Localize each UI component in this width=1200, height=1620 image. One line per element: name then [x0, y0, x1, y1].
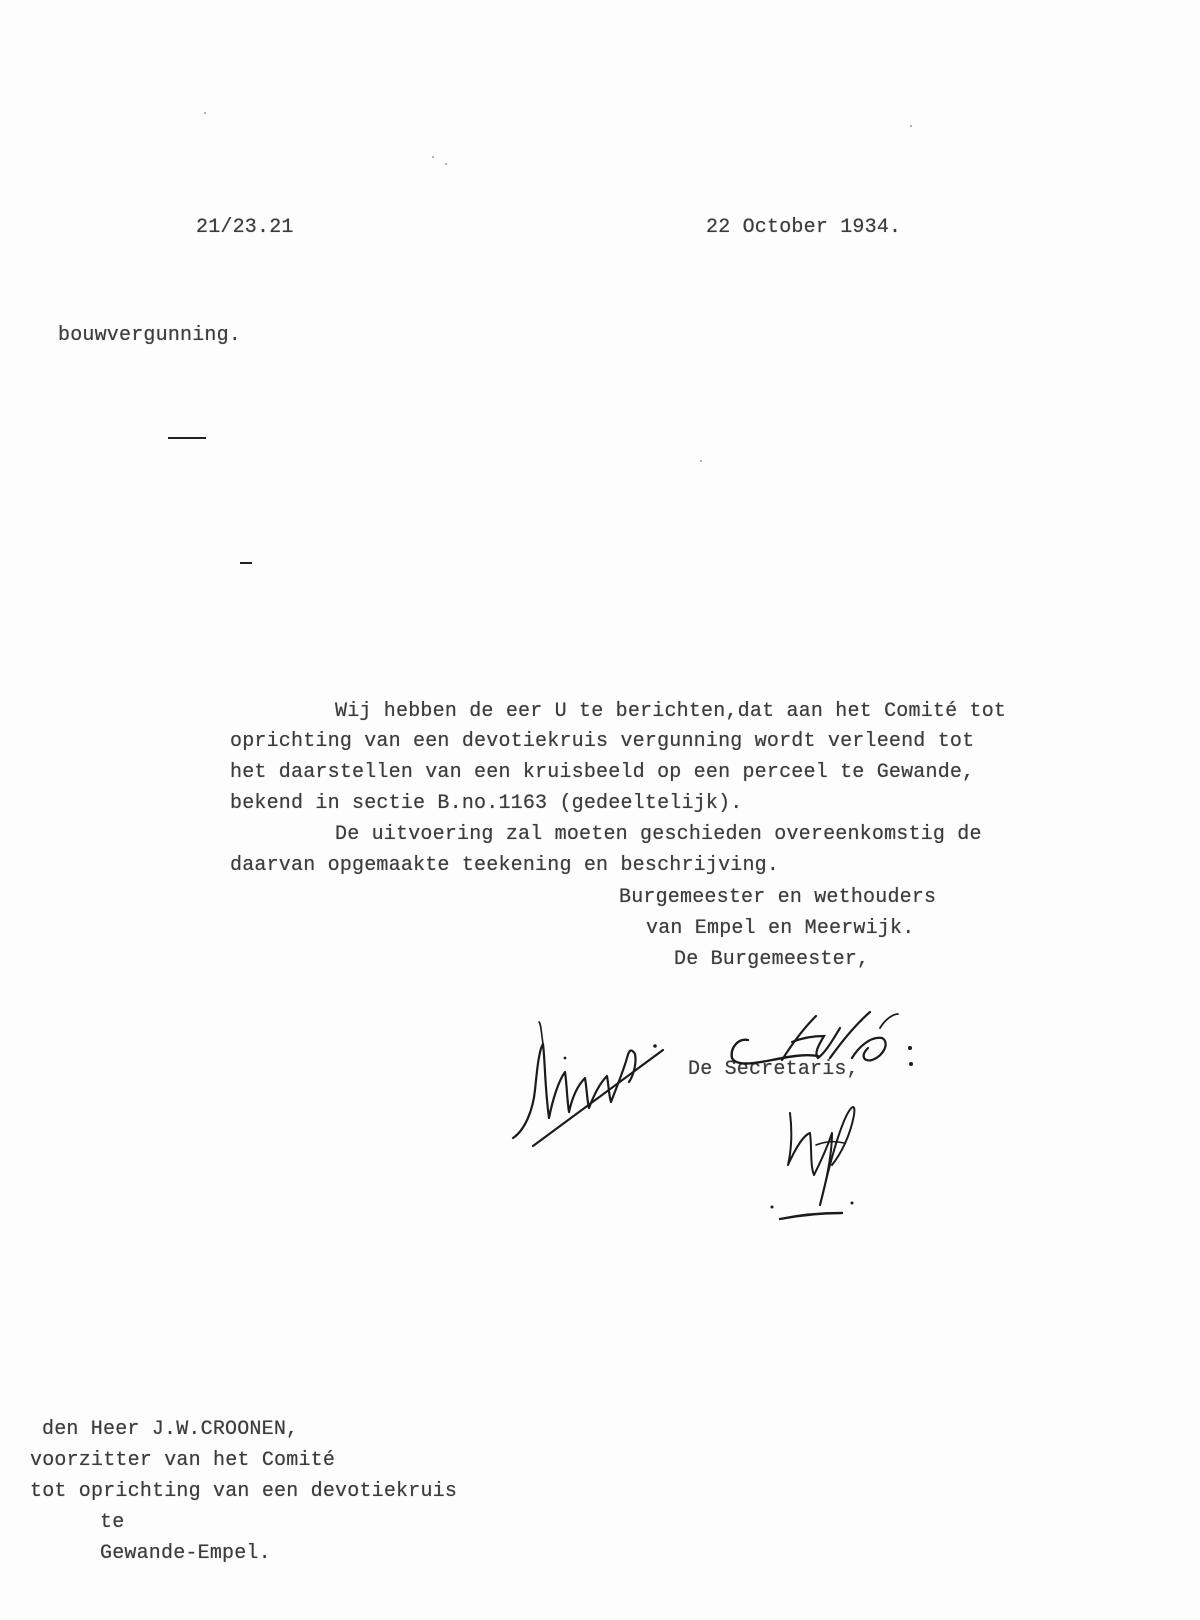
letter-date: 22 October 1934.: [706, 216, 901, 240]
addressee-line: voorzitter van het Comité: [30, 1449, 335, 1473]
paper-speck: [204, 112, 206, 114]
paper-speck: [700, 460, 702, 462]
addressee-line: tot oprichting van een devotiekruis: [30, 1480, 457, 1504]
mayor-title: De Burgemeester,: [674, 948, 869, 972]
handwritten-signature-icon: [770, 1085, 890, 1225]
reference-number: 21/23.21: [196, 216, 294, 240]
body-line: bekend in sectie B.no.1163 (gedeeltelijk…: [230, 792, 742, 816]
scanned-letter-page: 21/23.21 22 October 1934. bouwvergunning…: [0, 0, 1200, 1620]
addressee-location: Gewande-Empel.: [100, 1542, 271, 1566]
body-line: De uitvoering zal moeten geschieden over…: [335, 823, 982, 847]
addressee-name: den Heer J.W.CROONEN,: [42, 1418, 298, 1442]
closing-line: van Empel en Meerwijk.: [646, 917, 914, 941]
letter-subject: bouwvergunning.: [58, 324, 241, 348]
addressee-line: te: [100, 1511, 124, 1535]
body-line: daarvan opgemaakte teekening en beschrij…: [230, 854, 779, 878]
handwritten-signature-icon: [722, 1008, 922, 1078]
paper-speck: [445, 163, 447, 165]
closing-line: Burgemeester en wethouders: [619, 886, 936, 910]
body-line: oprichting van een devotiekruis vergunni…: [230, 730, 974, 754]
body-line: Wij hebben de eer U te berichten,dat aan…: [335, 700, 1006, 724]
typed-dash: [168, 437, 206, 439]
handwritten-signature-icon: [505, 1020, 665, 1150]
typed-dash: [240, 562, 252, 564]
body-line: het daarstellen van een kruisbeeld op ee…: [230, 761, 974, 785]
paper-speck: [910, 125, 912, 127]
paper-speck: [432, 156, 434, 158]
